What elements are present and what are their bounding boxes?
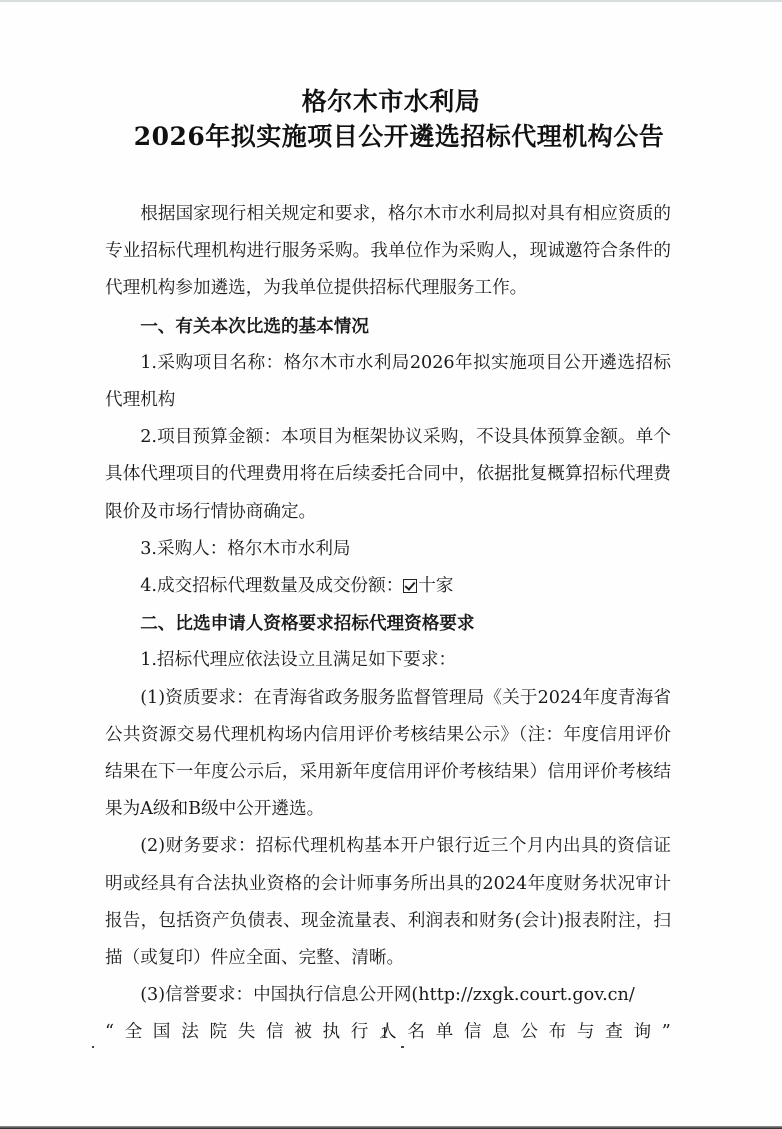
item-winning-quantity: 4.成交招标代理数量及成交份额：十家 [105, 568, 671, 605]
item-purchaser: 3.采购人：格尔木市水利局 [105, 531, 671, 568]
char: 全 [125, 1014, 143, 1051]
char: 行 [351, 1014, 369, 1051]
char: 国 [153, 1014, 171, 1051]
item-budget: 2.项目预算金额：本项目为框架协议采购，不设具体预算金额。单个具体代理项目的代理… [105, 419, 671, 531]
item-winning-quantity-label: 4.成交招标代理数量及成交份额： [140, 576, 403, 596]
item-winning-quantity-value: 十家 [418, 576, 453, 596]
scan-speck [401, 1046, 404, 1048]
document-title-subject: 2026年拟实施项目公开遴选招标代理机构公告 [8, 117, 782, 153]
char: 布 [549, 1014, 567, 1051]
intro-paragraph: 根据国家现行相关规定和要求，格尔木市水利局拟对具有相应资质的专业招标代理机构进行… [105, 196, 671, 308]
section-heading-basic-info: 一、有关本次比选的基本情况 [105, 308, 671, 345]
page-number: 1 [380, 1024, 390, 1042]
char: ” [662, 1014, 671, 1051]
document-title-org: 格尔木市水利局 [0, 82, 782, 118]
char: “ [105, 1014, 114, 1051]
char: 失 [238, 1014, 256, 1051]
char: 单 [436, 1014, 454, 1051]
char: 法 [181, 1014, 199, 1051]
item-project-name: 1.采购项目名称：格尔木市水利局2026年拟实施项目公开遴选招标代理机构 [105, 345, 671, 419]
requirement-qualification: (1)资质要求：在青海省政务服务监督管理局《关于2024年度青海省公共资源交易代… [105, 680, 671, 829]
char: 息 [492, 1014, 510, 1051]
section-heading-qualifications: 二、比选申请人资格要求招标代理资格要求 [105, 605, 671, 642]
char: 询 [633, 1014, 651, 1051]
document-body: 根据国家现行相关规定和要求，格尔木市水利局拟对具有相应资质的专业招标代理机构进行… [105, 196, 671, 1052]
char: 院 [209, 1014, 227, 1051]
char: 被 [294, 1014, 312, 1051]
requirement-financial: (2)财务要求：招标代理机构基本开户银行近三个月内出具的资信证明或经具有合法执业… [105, 828, 671, 977]
char: 查 [605, 1014, 623, 1051]
checked-box-icon [403, 579, 417, 593]
char: 名 [407, 1014, 425, 1051]
char: 公 [520, 1014, 538, 1051]
char: 信 [464, 1014, 482, 1051]
requirement-credit: (3)信誉要求：中国执行信息公开网(http://zxgk.court.gov.… [105, 977, 671, 1014]
item-agency-requirements: 1.招标代理应依法设立且满足如下要求： [105, 642, 671, 679]
char: 与 [577, 1014, 595, 1051]
scanned-document-page: 格尔木市水利局 2026年拟实施项目公开遴选招标代理机构公告 根据国家现行相关规… [0, 0, 782, 1129]
char: 信 [266, 1014, 284, 1051]
char: 执 [323, 1014, 341, 1051]
scan-speck [92, 1046, 94, 1048]
scan-top-edge [0, 0, 782, 2]
